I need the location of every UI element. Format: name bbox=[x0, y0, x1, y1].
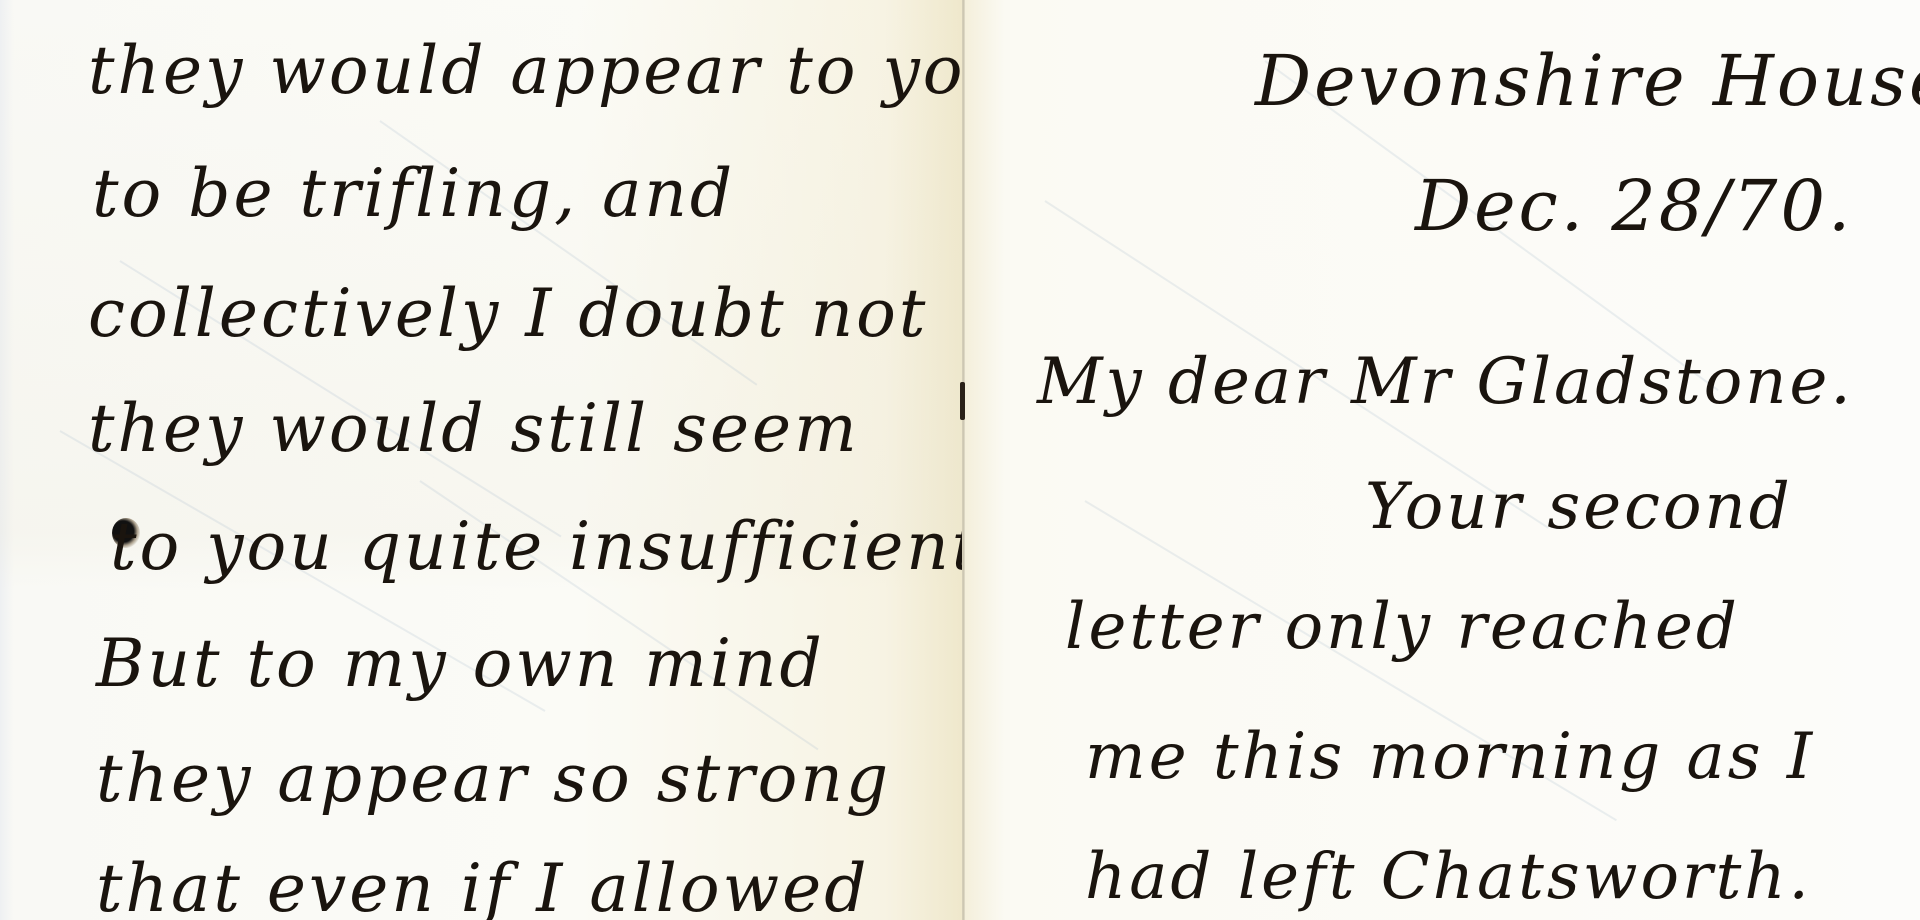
letter-line: letter only reached bbox=[1065, 590, 1740, 664]
letter-date: Dec. 28/70. bbox=[1415, 165, 1853, 247]
letter-line: they would still seem bbox=[88, 390, 860, 467]
letter-line: they appear so strong bbox=[96, 740, 891, 817]
letter-line: that even if I allowed bbox=[96, 850, 869, 920]
letter-line: they would appear to you bbox=[88, 32, 962, 109]
right-page: Devonshire House Dec. 28/70. My dear Mr … bbox=[965, 0, 1920, 920]
letter-line: Your second bbox=[1365, 470, 1793, 544]
letter-salutation: My dear Mr Gladstone. bbox=[1037, 345, 1854, 419]
letter-line: to you quite insufficient. bbox=[110, 508, 962, 585]
letter-line: collectively I doubt not bbox=[88, 275, 928, 352]
letter-line: to be trifling, and bbox=[92, 155, 735, 232]
letter-line: But to my own mind bbox=[96, 625, 825, 702]
letter-line: had left Chatsworth. bbox=[1085, 840, 1812, 914]
left-page: they would appear to you to be trifling,… bbox=[0, 0, 962, 920]
letter-line: me this morning as I bbox=[1085, 720, 1815, 794]
letter-address: Devonshire House bbox=[1255, 40, 1920, 122]
